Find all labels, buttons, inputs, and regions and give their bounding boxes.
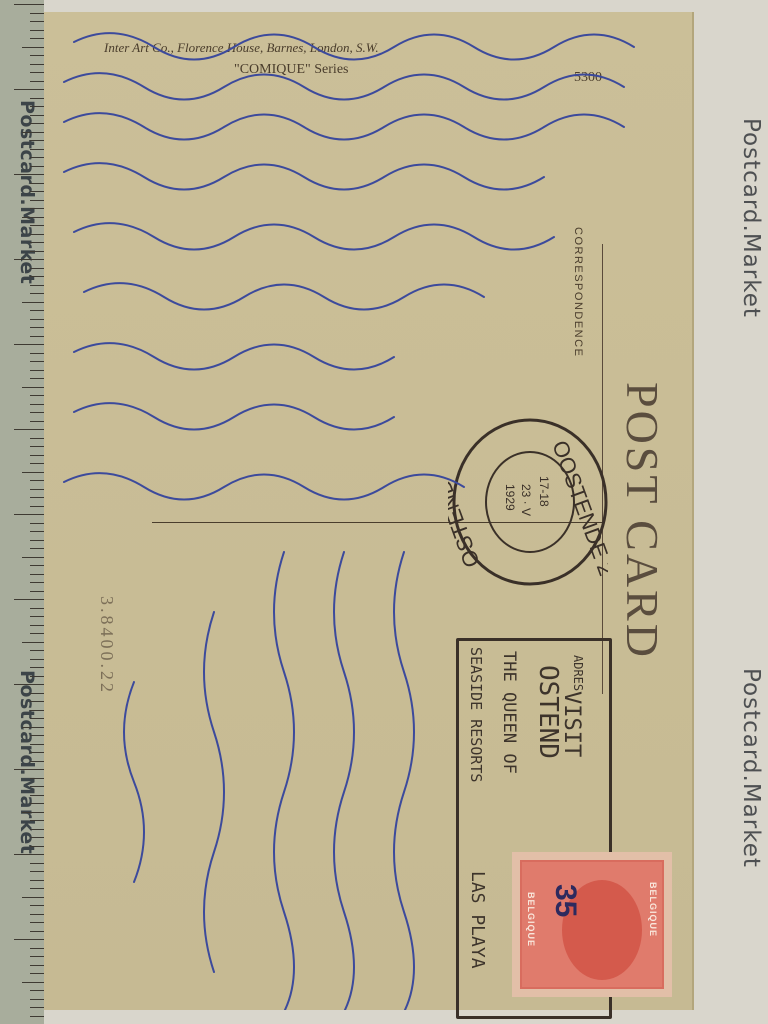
stamp-overprint: 35	[548, 884, 582, 917]
svg-text:17-18: 17-18	[537, 476, 551, 507]
ruler-tick	[30, 276, 44, 277]
ruler-tick	[14, 684, 44, 685]
ruler-tick	[30, 701, 44, 702]
ruler-tick	[14, 344, 44, 345]
ruler-tick	[30, 735, 44, 736]
ruler-tick	[22, 302, 44, 303]
ruler-tick	[30, 786, 44, 787]
ruler-tick	[14, 259, 44, 260]
ruler-tick	[30, 446, 44, 447]
ruler-tick	[14, 174, 44, 175]
svg-text:OSTENDE 2: OSTENDE 2	[448, 445, 485, 571]
ruler-tick	[22, 47, 44, 48]
ruler-tick	[30, 973, 44, 974]
ruler-tick	[30, 905, 44, 906]
ruler-tick	[22, 217, 44, 218]
ruler-tick	[30, 871, 44, 872]
ruler-tick	[30, 1007, 44, 1008]
stamp-country: BELGIQUE	[648, 882, 658, 937]
publisher-line: Inter Art Co., Florence House, Barnes, L…	[104, 40, 379, 56]
ruler-tick	[30, 608, 44, 609]
ruler-tick	[30, 149, 44, 150]
postage-stamp: BELGIQUE BELGIQUE 35	[512, 852, 672, 997]
ruler-watermark-bottom: Postcard.Market	[4, 670, 38, 854]
ruler-tick	[30, 650, 44, 651]
ruler-tick	[30, 795, 44, 796]
ruler-tick	[30, 38, 44, 39]
ruler-tick	[22, 387, 44, 388]
ruler-tick	[30, 191, 44, 192]
ruler-tick	[14, 939, 44, 940]
ruler-tick	[30, 506, 44, 507]
watermark-bottom: Postcard.Market	[724, 668, 764, 868]
ruler-tick	[30, 140, 44, 141]
correspondence-label: CORRESPONDENCE	[572, 227, 584, 357]
svg-text:23 · V: 23 · V	[519, 484, 533, 516]
ruler-tick	[30, 778, 44, 779]
ruler-tick	[30, 710, 44, 711]
ruler-tick	[30, 293, 44, 294]
ruler-tick	[30, 310, 44, 311]
slogan-line: ADRES	[571, 655, 585, 691]
slogan-line: LAS PLAYA	[467, 871, 488, 969]
ruler-tick	[30, 489, 44, 490]
ruler-tick	[30, 965, 44, 966]
ruler-tick	[30, 531, 44, 532]
ruler-tick	[14, 854, 44, 855]
ruler-tick	[30, 914, 44, 915]
ruler-tick	[30, 72, 44, 73]
ruler-tick	[22, 557, 44, 558]
ruler-tick	[30, 820, 44, 821]
ruler-tick	[30, 55, 44, 56]
ruler-tick	[30, 166, 44, 167]
ruler-tick	[22, 812, 44, 813]
ruler-tick	[14, 514, 44, 515]
ruler-tick	[30, 999, 44, 1000]
ruler-tick	[30, 98, 44, 99]
ruler-tick	[30, 455, 44, 456]
ruler-tick	[30, 327, 44, 328]
pencil-note: 3.8400.22	[96, 596, 117, 695]
ruler-tick	[30, 234, 44, 235]
ruler-tick	[22, 132, 44, 133]
ruler-tick	[22, 982, 44, 983]
ruler-tick	[30, 693, 44, 694]
ruler-tick	[30, 336, 44, 337]
ruler-tick	[30, 225, 44, 226]
svg-text:1929: 1929	[503, 484, 517, 511]
ruler-tick	[30, 106, 44, 107]
ruler-tick	[30, 667, 44, 668]
ruler-tick	[30, 497, 44, 498]
watermark-top: Postcard.Market	[724, 118, 764, 318]
ruler-tick	[30, 480, 44, 481]
ruler-tick	[22, 472, 44, 473]
postcard: Inter Art Co., Florence House, Barnes, L…	[44, 12, 694, 1010]
ruler-tick	[30, 353, 44, 354]
ruler-tick	[30, 948, 44, 949]
ruler-tick	[22, 642, 44, 643]
svg-text:OOSTENDE 2: OOSTENDE 2	[547, 437, 608, 579]
ruler-tick	[30, 523, 44, 524]
design-number: 5300	[574, 70, 602, 86]
ruler-tick	[30, 880, 44, 881]
ruler-tick	[30, 370, 44, 371]
ruler-tick	[30, 378, 44, 379]
ruler-tick	[30, 251, 44, 252]
ruler-tick	[30, 888, 44, 889]
ruler-tick	[30, 412, 44, 413]
ruler-tick	[30, 242, 44, 243]
ruler-tick	[30, 582, 44, 583]
ruler-tick	[30, 115, 44, 116]
ruler-tick	[30, 81, 44, 82]
ruler-tick	[30, 200, 44, 201]
ruler-tick	[30, 633, 44, 634]
ruler-tick	[30, 565, 44, 566]
ruler-tick	[14, 429, 44, 430]
ruler-tick	[30, 157, 44, 158]
ruler-tick	[30, 64, 44, 65]
ruler-tick	[22, 727, 44, 728]
ruler-tick	[30, 616, 44, 617]
ruler-tick	[30, 744, 44, 745]
ruler-tick	[30, 625, 44, 626]
ruler-tick	[30, 361, 44, 362]
ruler-tick	[30, 837, 44, 838]
ruler-tick	[14, 89, 44, 90]
ruler-tick	[30, 659, 44, 660]
ruler-tick	[14, 599, 44, 600]
ruler-tick	[30, 752, 44, 753]
ruler-tick	[30, 208, 44, 209]
ruler-tick	[30, 540, 44, 541]
ruler-tick	[30, 846, 44, 847]
ruler-tick	[30, 395, 44, 396]
ruler-tick	[30, 463, 44, 464]
ruler-tick	[14, 4, 44, 5]
ruler-watermark-top: Postcard.Market	[4, 100, 38, 284]
ruler-tick	[30, 863, 44, 864]
ruler-tick	[30, 13, 44, 14]
ruler-tick	[30, 931, 44, 932]
ruler-tick	[30, 956, 44, 957]
ruler-tick	[30, 21, 44, 22]
ruler-tick	[30, 421, 44, 422]
postmark-icon: OOSTENDE 2 OSTENDE 2 17-18 23 · V 1929	[448, 414, 608, 592]
post-card-title: POST CARD	[616, 382, 669, 660]
series-line: "COMIQUE" Series	[234, 62, 348, 78]
ruler-tick	[30, 285, 44, 286]
ruler-tick	[30, 990, 44, 991]
ruler-tick	[30, 761, 44, 762]
ruler-tick	[30, 591, 44, 592]
slogan-line: THE QUEEN OF	[499, 651, 519, 774]
ruler-tick	[14, 769, 44, 770]
ruler-tick	[30, 123, 44, 124]
stamp-country: BELGIQUE	[526, 892, 536, 947]
ruler-tick	[30, 319, 44, 320]
ruler-tick	[30, 268, 44, 269]
slogan-line: OSTEND	[533, 665, 563, 759]
ruler-tick	[30, 183, 44, 184]
ruler-tick	[30, 922, 44, 923]
ruler-tick	[30, 30, 44, 31]
ruler-tick	[30, 676, 44, 677]
ruler-tick	[30, 1016, 44, 1017]
ruler-tick	[30, 574, 44, 575]
ruler-tick	[30, 803, 44, 804]
ruler-tick	[22, 897, 44, 898]
ruler-tick	[30, 718, 44, 719]
measuring-ruler: Postcard.Market Postcard.Market	[0, 0, 44, 1024]
ruler-tick	[30, 829, 44, 830]
slogan-line: SEASIDE RESORTS	[467, 647, 485, 782]
ruler-tick	[30, 404, 44, 405]
ruler-tick	[30, 548, 44, 549]
ruler-tick	[30, 438, 44, 439]
